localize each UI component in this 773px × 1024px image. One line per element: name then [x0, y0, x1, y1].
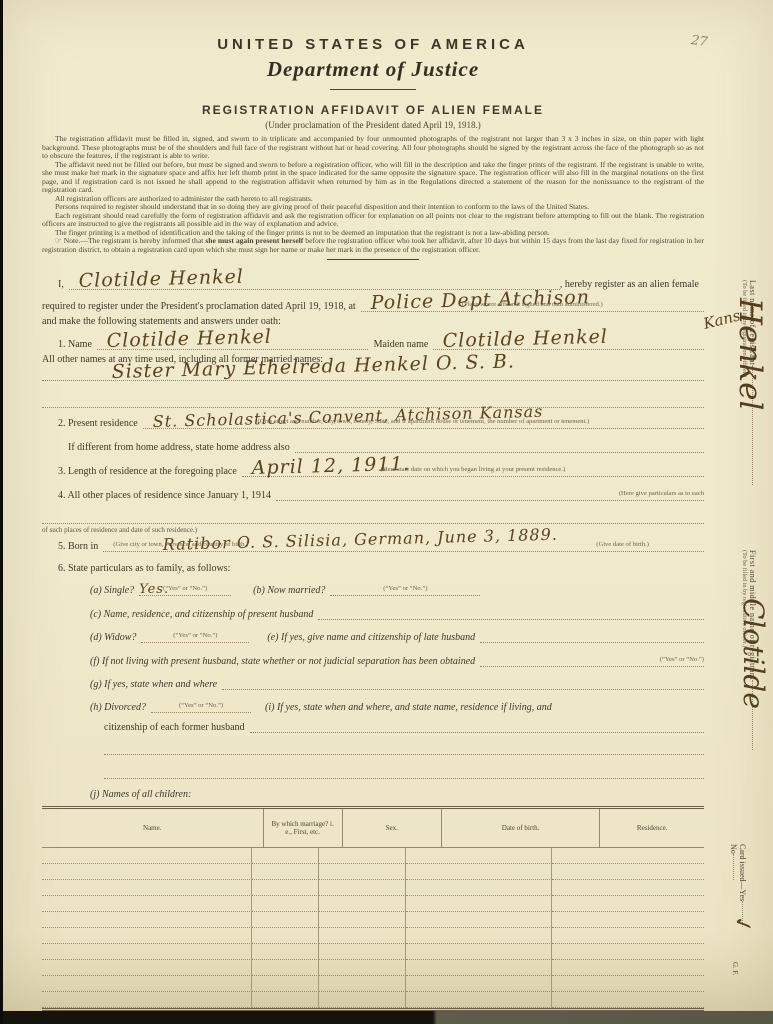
table-row [42, 928, 704, 944]
name-field: Clotilde Henkel [97, 337, 368, 350]
affidavit-form: I, Clotilde Henkel , hereby register as … [42, 272, 704, 1024]
q5-row: 5. Born in Ratibor O. S. Silisia, German… [42, 536, 704, 552]
handwritten-registrant-name: Clotilde Henkel [78, 268, 244, 291]
q4-caption-2: of such places of residence and date of … [42, 526, 197, 534]
country-heading: UNITED STATES OF AMERICA [42, 36, 704, 53]
q6d-row: (d) Widow? (“Yes” or “No.”) (e) If yes, … [42, 628, 704, 643]
q6h-row: (h) Divorced? (“Yes” or “No.”) (i) If ye… [42, 698, 704, 713]
single-field: Yes. (“Yes” or “No.”) [139, 583, 231, 596]
place-caption: (Place where affidavit signed and oath a… [361, 301, 704, 309]
yes-no-caption: (“Yes” or “No.”) [480, 656, 704, 664]
divorced-field: (“Yes” or “No.”) [151, 700, 251, 713]
yes-no-caption: (“Yes” or “No.”) [330, 585, 480, 593]
judicial-separation-field: (“Yes” or “No.”) [480, 654, 704, 667]
col-header-dob: Date of birth. [442, 809, 601, 847]
present-husband-field [318, 607, 704, 620]
length-of-residence-field: April 12, 1911. (Here state date on whic… [242, 464, 704, 477]
scanned-affidavit-page: 27 UNITED STATES OF AMERICA Department o… [0, 0, 773, 1024]
other-names-field: Sister Mary Ethelreda Henkel O. S. B. [42, 368, 704, 381]
q6e-label: (e) If yes, give name and citizenship of… [249, 632, 480, 643]
place-of-oath-field: Police Dept Atchison (Place where affida… [361, 299, 704, 312]
table-row [42, 848, 704, 864]
q5-caption-right: (Give date of birth.) [596, 541, 649, 549]
table-row [42, 896, 704, 912]
q1-label: 1. Name [42, 339, 97, 350]
q1-row: 1. Name Clotilde Henkel Maiden name Clot… [42, 334, 704, 350]
separation-when-where-field [222, 677, 704, 690]
table-row [42, 960, 704, 976]
maiden-name-field: Clotilde Henkel [433, 337, 704, 350]
other-names-entry-row: Sister Mary Ethelreda Henkel O. S. B. [42, 365, 704, 381]
q6-label: 6. State particulars as to family, as fo… [42, 563, 235, 574]
home-address-field [295, 440, 704, 453]
q5-label: 5. Born in [42, 541, 103, 552]
agency-heading: Department of Justice [42, 57, 704, 82]
yes-no-caption: (“Yes” or “No.”) [151, 702, 251, 710]
q3-label: 3. Length of residence at the foregoing … [42, 466, 242, 477]
instruction-paragraph: Each registrant should read carefully th… [42, 212, 704, 229]
q6d-label: (d) Widow? [42, 632, 141, 643]
scan-edge-strip [0, 1011, 773, 1024]
instruction-paragraph: The affidavit need not be filled out bef… [42, 161, 704, 195]
present-residence-field: St. Scholastica's Convent, Atchison Kans… [143, 416, 704, 429]
instructions-block: The registration affidavit must be fille… [42, 135, 704, 254]
q2b-row: If different from home address, state ho… [42, 439, 704, 453]
q2b-label: If different from home address, state ho… [42, 442, 295, 453]
instruction-paragraph: The registration affidavit must be fille… [42, 135, 704, 161]
oath-line2-label: required to register under the President… [42, 301, 361, 312]
gf-label: G. F. [731, 962, 739, 976]
oath-pre: I, [42, 279, 69, 290]
card-issued-no-label: No [729, 844, 738, 854]
widow-field: (“Yes” or “No.”) [141, 630, 249, 643]
header-divider [330, 89, 416, 90]
maiden-name-label: Maiden name [368, 339, 434, 350]
q6b-label: (b) Now married? [231, 585, 330, 596]
q4-blank-line [42, 512, 704, 524]
handwritten-name: Clotilde Henkel [106, 328, 272, 351]
q4-caption-1: (Here give particulars as to each [276, 490, 704, 498]
q6g-row: (g) If yes, state when and where [42, 677, 704, 690]
paper-sheet: 27 UNITED STATES OF AMERICA Department o… [3, 0, 773, 1011]
instruction-note: ☞ Note.—The registrant is hereby informe… [42, 237, 704, 254]
handwritten-maiden-name: Clotilde Henkel [443, 328, 609, 351]
q6i-blank-line-1 [104, 743, 704, 755]
q2-row: 2. Present residence St. Scholastica's C… [42, 414, 704, 429]
q6a-label: (a) Single? [42, 585, 139, 596]
table-row [42, 880, 704, 896]
q6c-row: (c) Name, residence, and citizenship of … [42, 607, 704, 620]
card-issued-label: Card issued—Yes [738, 844, 747, 901]
form-title: REGISTRATION AFFIDAVIT OF ALIEN FEMALE [42, 103, 704, 117]
q6g-label: (g) If yes, state when and where [42, 679, 222, 690]
former-husband-field [250, 720, 704, 733]
q6i-wrap-row: citizenship of each former husband [42, 720, 704, 733]
q6i-blank-line-2 [104, 767, 704, 779]
col-header-marriage: By which marriage? i. e., First, etc. [264, 809, 343, 847]
late-husband-field [480, 630, 704, 643]
q2-label: 2. Present residence [42, 418, 143, 429]
q6j-label: (j) Names of all children: [42, 789, 196, 800]
oath-line-2: required to register under the President… [42, 298, 704, 312]
table-row [42, 944, 704, 960]
q6f-label: (f) If not living with present husband, … [42, 656, 480, 667]
q3-row: 3. Length of residence at the foregoing … [42, 461, 704, 477]
yes-no-caption: (“Yes” or “No.”) [141, 632, 249, 640]
q6-row: 6. State particulars as to family, as fo… [42, 562, 704, 574]
table-row [42, 912, 704, 928]
q6f-row: (f) If not living with present husband, … [42, 654, 704, 667]
table-row [42, 992, 704, 1008]
q6j-row: (j) Names of all children: [42, 787, 704, 800]
q4-label: 4. All other places of residence since J… [42, 490, 276, 501]
table-row [42, 864, 704, 880]
card-issued-no-rule [733, 854, 736, 880]
q3-caption: (Here state date on which you began livi… [242, 466, 704, 474]
other-places-field: (Here give particulars as to each [276, 488, 704, 501]
scan-edge-left [0, 0, 3, 1024]
handwritten-margin-first-name: Clotilde [739, 598, 767, 709]
oath-line-1: I, Clotilde Henkel , hereby register as … [42, 272, 704, 290]
children-table: Name. By which marriage? i. e., First, e… [42, 806, 704, 1011]
born-in-field: Ratibor O. S. Silisia, German, June 3, 1… [103, 539, 704, 552]
col-header-name: Name. [42, 809, 264, 847]
form-subtitle: (Under proclamation of the President dat… [42, 120, 704, 130]
q6a-row: (a) Single? Yes. (“Yes” or “No.”) (b) No… [42, 581, 704, 596]
children-table-header: Name. By which marriage? i. e., First, e… [42, 809, 704, 848]
q2-caption: (Give street and number, city, town, cou… [143, 418, 704, 426]
section-divider [327, 259, 419, 260]
yes-no-caption: (“Yes” or “No.”) [139, 585, 231, 593]
col-header-residence: Residence. [600, 809, 704, 847]
col-header-sex: Sex. [343, 809, 442, 847]
q6h-label: (h) Divorced? [42, 702, 151, 713]
table-row [42, 976, 704, 992]
q6c-label: (c) Name, residence, and citizenship of … [42, 609, 318, 620]
q6i-label: (i) If yes, state when and where, and st… [251, 702, 557, 713]
q4-row: 4. All other places of residence since J… [42, 488, 704, 501]
now-married-field: (“Yes” or “No.”) [330, 583, 480, 596]
q6i-label-2: citizenship of each former husband [42, 722, 250, 733]
